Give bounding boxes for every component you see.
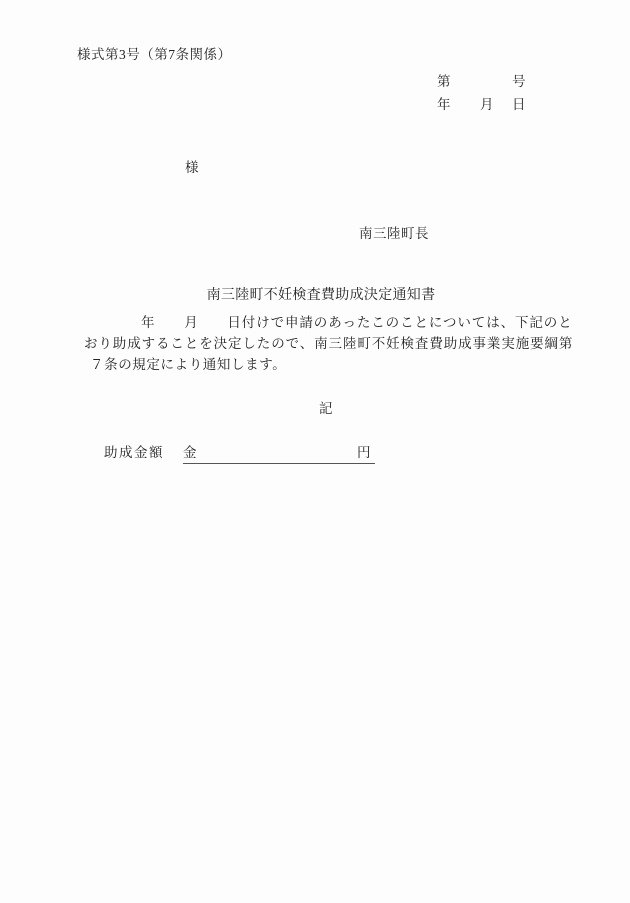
addressee-honorific: 様 <box>185 159 199 176</box>
form-number: 様式第3号（第7条関係） <box>77 46 232 63</box>
date-year-label: 年 <box>437 96 451 113</box>
body-line-3: ７条の規定により通知します。 <box>90 356 286 373</box>
grant-currency-suffix: 円 <box>357 444 375 461</box>
record-heading: 記 <box>319 400 333 417</box>
grant-currency-prefix: 金 <box>183 444 197 461</box>
grant-amount-field: 金 円 <box>183 444 375 464</box>
doc-number-prefix: 第 <box>437 73 451 90</box>
sender-title: 南三陸町長 <box>359 225 429 242</box>
document-page: 様式第3号（第7条関係） 第 号 年 月 日 様 南三陸町長 南三陸町不妊検査費… <box>0 0 630 903</box>
body-line-2: おり助成することを決定したので、南三陸町不妊検査費助成事業実施要綱第 <box>84 335 573 352</box>
grant-amount-label: 助成金額 <box>104 444 164 461</box>
doc-number-suffix: 号 <box>512 73 526 90</box>
body-line-1: 年 月 日付けで申請のあったこのことについては、下記のと <box>141 314 573 331</box>
date-day-label: 日 <box>512 96 526 113</box>
document-title: 南三陸町不妊検査費助成決定通知書 <box>0 287 630 304</box>
date-month-label: 月 <box>480 96 494 113</box>
